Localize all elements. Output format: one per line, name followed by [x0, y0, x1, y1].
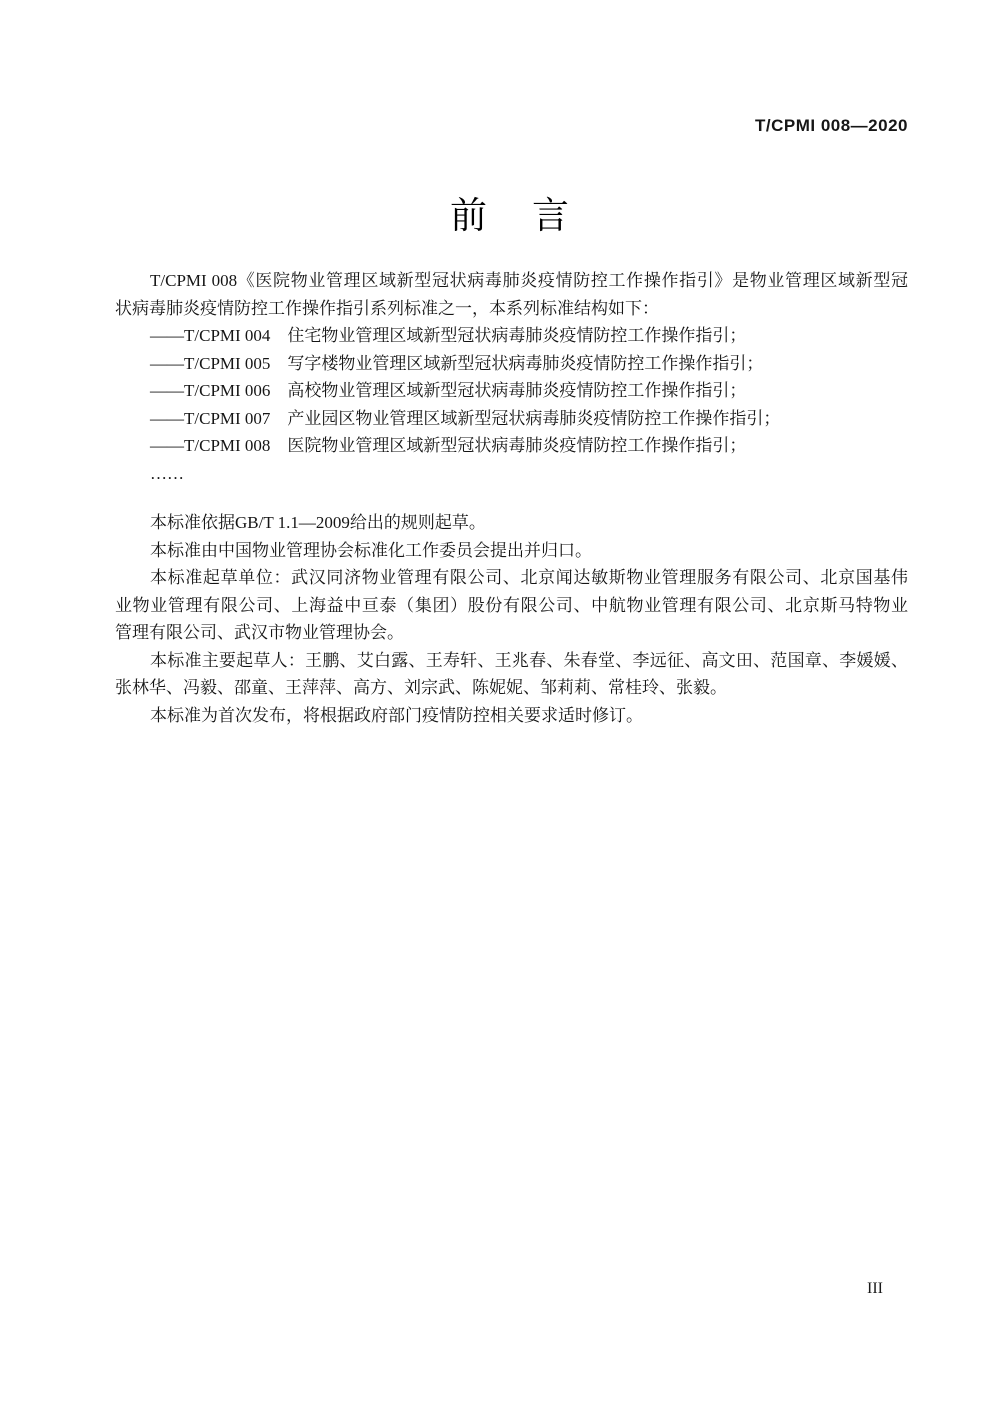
drafting-units-line: 管理有限公司、武汉市物业管理协会。: [115, 619, 908, 647]
series-item-tcpmi-004: ——T/CPMI 004 住宅物业管理区域新型冠状病毒肺炎疫情防控工作操作指引；: [115, 322, 908, 350]
text-line: T/CPMI 008《医院物业管理区域新型冠状病毒肺炎疫情防控工作操作指引》是物…: [115, 267, 908, 295]
ellipsis-line: ……: [115, 460, 908, 488]
drafters-line: 张林华、冯毅、邵童、王萍萍、高方、刘宗武、陈妮妮、邹莉莉、常桂玲、张毅。: [115, 674, 908, 702]
drafting-info: 本标准依据GB/T 1.1—2009给出的规则起草。 本标准由中国物业管理协会标…: [115, 509, 908, 729]
standards-series-list: ——T/CPMI 004 住宅物业管理区域新型冠状病毒肺炎疫情防控工作操作指引；…: [115, 322, 908, 487]
proposing-body-line: 本标准由中国物业管理协会标准化工作委员会提出并归口。: [115, 537, 908, 565]
revision-note-line: 本标准为首次发布，将根据政府部门疫情防控相关要求适时修订。: [115, 702, 908, 730]
text-line: 状病毒肺炎疫情防控工作操作指引系列标准之一，本系列标准结构如下：: [115, 295, 908, 323]
standard-number-header: T/CPMI 008—2020: [115, 116, 908, 136]
series-item-tcpmi-005: ——T/CPMI 005 写字楼物业管理区域新型冠状病毒肺炎疫情防控工作操作指引…: [115, 350, 908, 378]
page-number: III: [867, 1280, 883, 1298]
drafting-units-line: 业物业管理有限公司、上海益中亘泰（集团）股份有限公司、中航物业管理有限公司、北京…: [115, 592, 908, 620]
document-page: T/CPMI 008—2020 前 言 T/CPMI 008《医院物业管理区域新…: [0, 0, 1000, 1414]
document-body: T/CPMI 008《医院物业管理区域新型冠状病毒肺炎疫情防控工作操作指引》是物…: [115, 267, 908, 729]
drafting-rule-line: 本标准依据GB/T 1.1—2009给出的规则起草。: [115, 509, 908, 537]
drafting-units-line: 本标准起草单位：武汉同济物业管理有限公司、北京闻达敏斯物业管理服务有限公司、北京…: [115, 564, 908, 592]
drafters-line: 本标准主要起草人：王鹏、艾白露、王寿轩、王兆春、朱春堂、李远征、高文田、范国章、…: [115, 647, 908, 675]
series-item-tcpmi-006: ——T/CPMI 006 高校物业管理区域新型冠状病毒肺炎疫情防控工作操作指引；: [115, 377, 908, 405]
series-item-tcpmi-008: ——T/CPMI 008 医院物业管理区域新型冠状病毒肺炎疫情防控工作操作指引；: [115, 432, 908, 460]
intro-paragraph: T/CPMI 008《医院物业管理区域新型冠状病毒肺炎疫情防控工作操作指引》是物…: [115, 267, 908, 322]
series-item-tcpmi-007: ——T/CPMI 007 产业园区物业管理区域新型冠状病毒肺炎疫情防控工作操作指…: [115, 405, 908, 433]
page-title: 前 言: [115, 185, 908, 239]
